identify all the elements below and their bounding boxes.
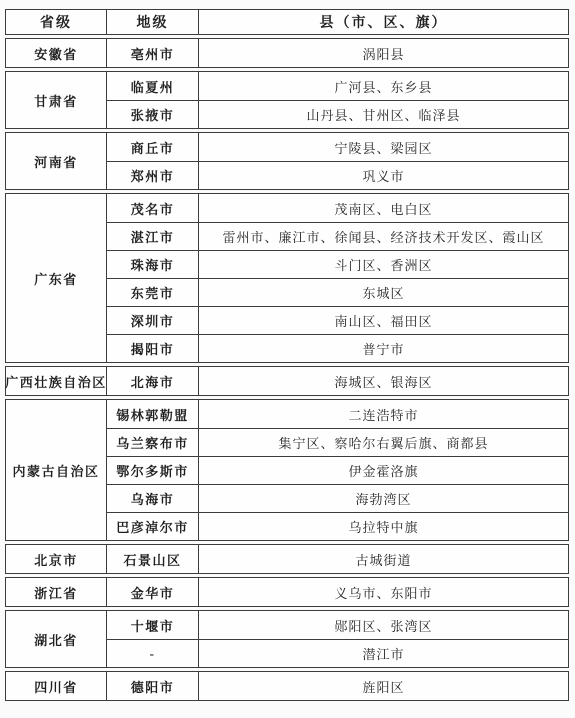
prefecture-cell: 锡林郭勒盟 xyxy=(107,400,199,428)
table-row: 鄂尔多斯市 伊金霍洛旗 xyxy=(107,456,568,484)
counties-cell: 南山区、福田区 xyxy=(199,307,568,334)
province-group: 河南省 商丘市 宁陵县、梁园区 郑州市 巩义市 xyxy=(5,132,569,190)
counties-cell: 斗门区、香洲区 xyxy=(199,251,568,278)
province-cell: 甘肃省 xyxy=(6,72,107,128)
table-header-row: 省级 地级 县（市、区、旗） xyxy=(5,9,569,35)
table-row: 张掖市 山丹县、甘州区、临泽县 xyxy=(107,100,568,128)
counties-cell: 乌拉特中旗 xyxy=(199,513,568,540)
prefecture-cell: 十堰市 xyxy=(107,611,199,639)
counties-cell: 义乌市、东阳市 xyxy=(199,578,568,606)
table-row: - 潜江市 xyxy=(107,639,568,667)
prefecture-cell: 茂名市 xyxy=(107,194,199,222)
prefecture-cell: 巴彦淖尔市 xyxy=(107,513,199,540)
province-cell: 湖北省 xyxy=(6,611,107,667)
counties-cell: 东城区 xyxy=(199,279,568,306)
table-row: 亳州市 涡阳县 xyxy=(107,39,568,67)
counties-cell: 古城街道 xyxy=(199,545,568,573)
table-row: 湛江市 雷州市、廉江市、徐闻县、经济技术开发区、霞山区 xyxy=(107,222,568,250)
province-cell: 广东省 xyxy=(6,194,107,362)
header-county-level: 县（市、区、旗） xyxy=(199,10,568,34)
province-cell: 广西壮族自治区 xyxy=(6,367,107,395)
prefecture-cell: - xyxy=(107,640,199,667)
prefecture-cell: 乌海市 xyxy=(107,485,199,512)
table-row: 北海市 海城区、银海区 xyxy=(107,367,568,395)
table-row: 临夏州 广河县、东乡县 xyxy=(107,72,568,100)
prefecture-cell: 珠海市 xyxy=(107,251,199,278)
counties-cell: 二连浩特市 xyxy=(199,400,568,428)
prefecture-cell: 德阳市 xyxy=(107,672,199,700)
province-group: 四川省 德阳市 旌阳区 xyxy=(5,671,569,701)
prefecture-cell: 鄂尔多斯市 xyxy=(107,457,199,484)
counties-cell: 广河县、东乡县 xyxy=(199,72,568,100)
counties-cell: 集宁区、察哈尔右翼后旗、商都县 xyxy=(199,429,568,456)
counties-cell: 雷州市、廉江市、徐闻县、经济技术开发区、霞山区 xyxy=(199,223,568,250)
province-group: 安徽省 亳州市 涡阳县 xyxy=(5,38,569,68)
counties-cell: 山丹县、甘州区、临泽县 xyxy=(199,101,568,128)
table-row: 商丘市 宁陵县、梁园区 xyxy=(107,133,568,161)
counties-cell: 海勃湾区 xyxy=(199,485,568,512)
table-row: 德阳市 旌阳区 xyxy=(107,672,568,700)
prefecture-cell: 郑州市 xyxy=(107,162,199,189)
prefecture-cell: 商丘市 xyxy=(107,133,199,161)
header-prefecture-level: 地级 xyxy=(107,10,199,34)
header-province-level: 省级 xyxy=(6,10,107,34)
counties-cell: 伊金霍洛旗 xyxy=(199,457,568,484)
admin-divisions-table: 省级 地级 县（市、区、旗） 安徽省 亳州市 涡阳县 甘肃省 临夏州 广河县、东… xyxy=(0,0,575,718)
counties-cell: 涡阳县 xyxy=(199,39,568,67)
province-cell: 内蒙古自治区 xyxy=(6,400,107,540)
table-row: 珠海市 斗门区、香洲区 xyxy=(107,250,568,278)
province-cell: 四川省 xyxy=(6,672,107,700)
table-row: 锡林郭勒盟 二连浩特市 xyxy=(107,400,568,428)
counties-cell: 海城区、银海区 xyxy=(199,367,568,395)
table-row: 深圳市 南山区、福田区 xyxy=(107,306,568,334)
table-row: 巴彦淖尔市 乌拉特中旗 xyxy=(107,512,568,540)
counties-cell: 旌阳区 xyxy=(199,672,568,700)
counties-cell: 潜江市 xyxy=(199,640,568,667)
prefecture-cell: 揭阳市 xyxy=(107,335,199,362)
counties-cell: 郧阳区、张湾区 xyxy=(199,611,568,639)
province-cell: 浙江省 xyxy=(6,578,107,606)
prefecture-cell: 张掖市 xyxy=(107,101,199,128)
province-group: 内蒙古自治区 锡林郭勒盟 二连浩特市 乌兰察布市 集宁区、察哈尔右翼后旗、商都县… xyxy=(5,399,569,541)
counties-cell: 茂南区、电白区 xyxy=(199,194,568,222)
prefecture-cell: 东莞市 xyxy=(107,279,199,306)
table-row: 乌兰察布市 集宁区、察哈尔右翼后旗、商都县 xyxy=(107,428,568,456)
prefecture-cell: 亳州市 xyxy=(107,39,199,67)
province-group: 甘肃省 临夏州 广河县、东乡县 张掖市 山丹县、甘州区、临泽县 xyxy=(5,71,569,129)
province-group: 广西壮族自治区 北海市 海城区、银海区 xyxy=(5,366,569,396)
table-row: 十堰市 郧阳区、张湾区 xyxy=(107,611,568,639)
table-row: 揭阳市 普宁市 xyxy=(107,334,568,362)
province-group: 广东省 茂名市 茂南区、电白区 湛江市 雷州市、廉江市、徐闻县、经济技术开发区、… xyxy=(5,193,569,363)
counties-cell: 巩义市 xyxy=(199,162,568,189)
table-row: 乌海市 海勃湾区 xyxy=(107,484,568,512)
province-cell: 北京市 xyxy=(6,545,107,573)
province-group: 湖北省 十堰市 郧阳区、张湾区 - 潜江市 xyxy=(5,610,569,668)
province-cell: 河南省 xyxy=(6,133,107,189)
prefecture-cell: 乌兰察布市 xyxy=(107,429,199,456)
province-group: 北京市 石景山区 古城街道 xyxy=(5,544,569,574)
table-row: 石景山区 古城街道 xyxy=(107,545,568,573)
prefecture-cell: 北海市 xyxy=(107,367,199,395)
table-row: 茂名市 茂南区、电白区 xyxy=(107,194,568,222)
counties-cell: 普宁市 xyxy=(199,335,568,362)
counties-cell: 宁陵县、梁园区 xyxy=(199,133,568,161)
table-row: 郑州市 巩义市 xyxy=(107,161,568,189)
province-cell: 安徽省 xyxy=(6,39,107,67)
prefecture-cell: 临夏州 xyxy=(107,72,199,100)
prefecture-cell: 石景山区 xyxy=(107,545,199,573)
table-row: 东莞市 东城区 xyxy=(107,278,568,306)
province-group: 浙江省 金华市 义乌市、东阳市 xyxy=(5,577,569,607)
prefecture-cell: 湛江市 xyxy=(107,223,199,250)
prefecture-cell: 金华市 xyxy=(107,578,199,606)
table-row: 金华市 义乌市、东阳市 xyxy=(107,578,568,606)
prefecture-cell: 深圳市 xyxy=(107,307,199,334)
